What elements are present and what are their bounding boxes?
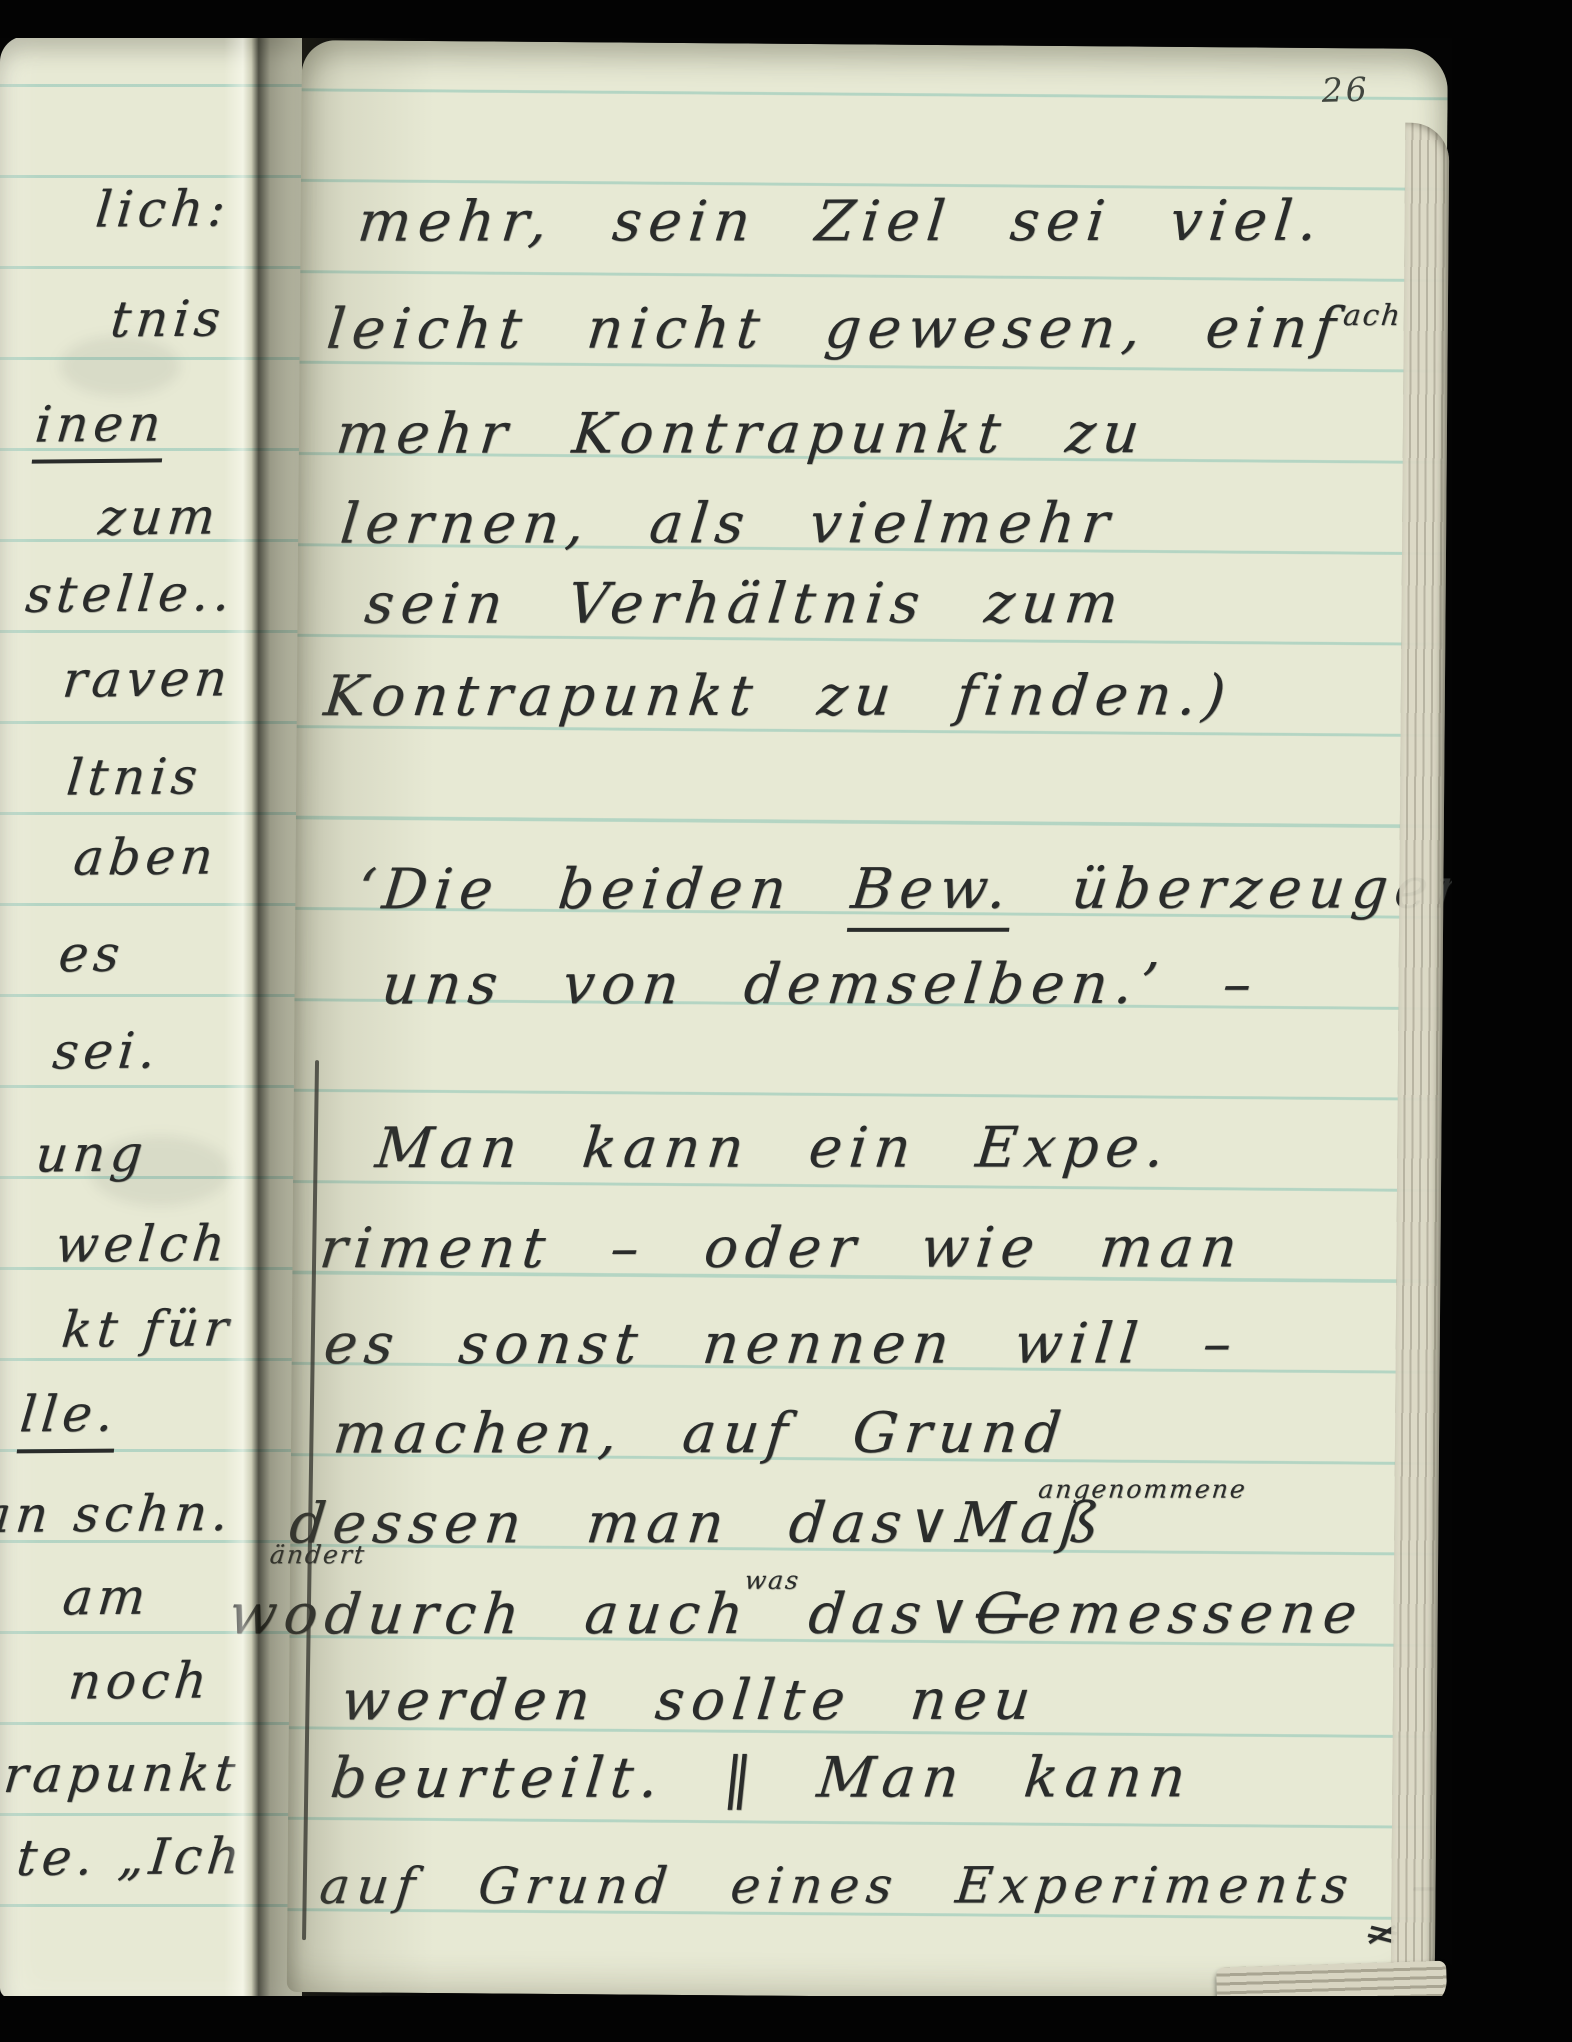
left-page-fragment: noch — [67, 1651, 215, 1710]
left-page-fragment-underlined: lle. — [16, 1385, 120, 1454]
left-page-fragment: te. „Ich — [14, 1827, 247, 1887]
page-edge-stack — [1391, 123, 1450, 2001]
photo-background-bottom — [0, 1996, 1572, 2042]
left-page-fragment-underlined: inen — [32, 394, 169, 463]
handwritten-line: werden sollte neu — [338, 1668, 1040, 1734]
left-page-fragment: welch — [54, 1214, 233, 1274]
handwritten-line: leicht nicht gewesen, einfach — [324, 296, 1404, 362]
handwritten-line: Kontrapunkt zu finden.) — [321, 663, 1235, 729]
handwritten-line: uns von demselben.’ – — [379, 952, 1262, 1018]
page-number: 26 — [1321, 70, 1370, 110]
left-page-fragment: an schn. — [0, 1484, 236, 1544]
handwritten-line: lernen, als vielmehr — [337, 491, 1119, 557]
right-page: 26 mehr, sein Ziel sei viel. leicht nich… — [287, 40, 1448, 2001]
left-page-fragment: stelle.. — [23, 564, 237, 624]
handwritten-line: ‘Die beiden Bew. überzeugen — [354, 856, 1481, 922]
line-text: wodurch auch das∨ — [226, 1582, 980, 1648]
interline-insertion-angenommene: angenommene — [1037, 1475, 1248, 1504]
left-page-fragment: ltnis — [64, 747, 205, 806]
handwritten-line: es sonst nennen will – — [321, 1311, 1242, 1377]
left-page-fragment: tnis — [108, 290, 228, 349]
left-page-fragment: kt für — [59, 1299, 236, 1358]
handwritten-line: machen, auf Grund — [330, 1401, 1071, 1467]
struck-letter: G — [973, 1582, 1032, 1647]
left-page-fragment: aben — [72, 827, 221, 886]
left-page-fragment: am — [60, 1568, 153, 1627]
left-page: lich: tnis inen zum stelle.. raven ltnis… — [0, 36, 302, 1998]
handwritten-line: dessen man das∨Maß — [287, 1491, 1109, 1557]
handwritten-line: mehr, sein Ziel sei viel. — [355, 189, 1328, 255]
handwritten-line: sein Verhältnis zum — [362, 571, 1128, 637]
line-text: leicht nicht gewesen, einf — [324, 296, 1346, 362]
handwritten-line: mehr Kontrapunkt zu — [333, 401, 1149, 467]
underlined-word: Bew. — [847, 857, 1016, 932]
left-page-fragment: zum — [96, 487, 223, 546]
superscript-insertion: ach — [1342, 298, 1404, 332]
handwritten-line: Man kann ein Expe. — [373, 1115, 1175, 1181]
left-page-fragment: lich: — [93, 179, 233, 238]
notebook-photo: lich: tnis inen zum stelle.. raven ltnis… — [0, 0, 1572, 2042]
handwritten-line: riment – oder wie man — [317, 1215, 1247, 1281]
left-page-fragment: ung — [33, 1125, 150, 1184]
handwritten-line: auf Grund eines Experiments – — [317, 1856, 1447, 1915]
left-page-fragment: raven — [60, 649, 234, 708]
line-text: ‘Die beiden — [354, 857, 855, 922]
handwritten-line: beurteilt. ‖ Man kann — [328, 1745, 1196, 1811]
photo-background-right — [1452, 0, 1572, 2042]
interline-insertion-aendert: ändert — [269, 1540, 368, 1569]
left-page-fragment: rapunkt — [2, 1744, 243, 1804]
left-page-fragment: es — [56, 925, 127, 984]
line-text: emessene — [1024, 1581, 1366, 1646]
photo-background-top — [0, 0, 1572, 38]
interline-insertion-was: was — [743, 1566, 801, 1595]
left-page-fragment: sei. — [50, 1022, 163, 1081]
